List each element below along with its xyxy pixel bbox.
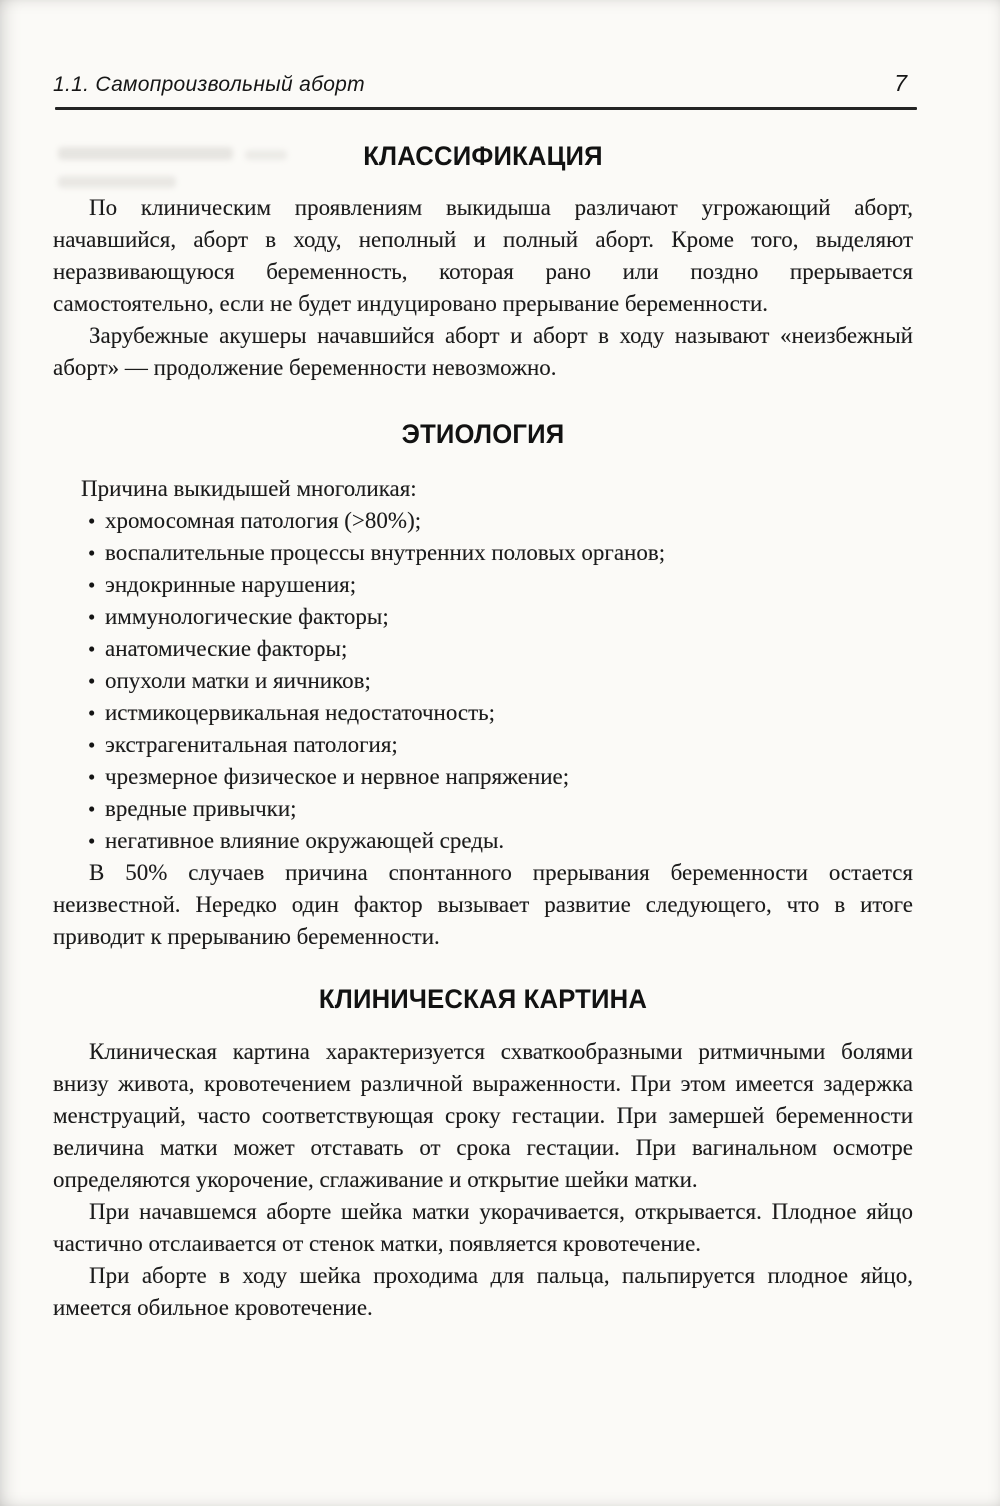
list-item: • анатомические факторы;: [53, 633, 913, 665]
paragraph: Зарубежные акушеры начавшийся аборт и аб…: [53, 320, 913, 384]
etiology-bullet-list: • хромосомная патология (>80%); • воспал…: [53, 505, 913, 857]
bullet-icon: •: [88, 665, 105, 697]
bullet-icon: •: [88, 537, 105, 569]
header-divider: [55, 107, 917, 110]
paragraph: При аборте в ходу шейка проходима для па…: [53, 1260, 913, 1324]
paragraph: При начавшемся аборте шейка матки укорач…: [53, 1196, 913, 1260]
bullet-icon: •: [88, 729, 105, 761]
bullet-icon: •: [88, 697, 105, 729]
paragraph: В 50% случаев причина спонтанного прерыв…: [53, 857, 913, 953]
list-item-text: опухоли матки и яичников;: [105, 665, 371, 697]
section-heading-classification: КЛАССИФИКАЦИЯ: [75, 140, 892, 172]
running-header: 1.1. Самопроизвольный аборт 7: [53, 70, 913, 97]
list-item: • негативное влияние окружающей среды.: [53, 825, 913, 857]
list-item: • экстрагенитальная патология;: [53, 729, 913, 761]
list-item-text: анатомические факторы;: [105, 633, 347, 665]
list-item-text: вредные привычки;: [105, 793, 297, 825]
list-item: • эндокринные нарушения;: [53, 569, 913, 601]
bullet-icon: •: [88, 633, 105, 665]
bullet-icon: •: [88, 825, 105, 857]
page-body: КЛАССИФИКАЦИЯ По клиническим проявлениям…: [53, 140, 913, 1324]
running-header-title: 1.1. Самопроизвольный аборт: [53, 73, 365, 97]
bullet-icon: •: [88, 761, 105, 793]
list-item-text: истмикоцервикальная недостаточность;: [105, 697, 495, 729]
page-number: 7: [894, 70, 913, 97]
list-item: • хромосомная патология (>80%);: [53, 505, 913, 537]
paragraph: По клиническим проявлениям выкидыша разл…: [53, 192, 913, 320]
list-item-text: иммунологические факторы;: [105, 601, 389, 633]
list-item-text: негативное влияние окружающей среды.: [105, 825, 504, 857]
list-item-text: эндокринные нарушения;: [105, 569, 356, 601]
list-item-text: экстрагенитальная патология;: [105, 729, 398, 761]
list-item: • воспалительные процессы внутренних пол…: [53, 537, 913, 569]
bullet-icon: •: [88, 793, 105, 825]
list-item: • иммунологические факторы;: [53, 601, 913, 633]
list-item-text: воспалительные процессы внутренних полов…: [105, 537, 665, 569]
bullet-icon: •: [88, 569, 105, 601]
list-item-text: чрезмерное физическое и нервное напряжен…: [105, 761, 569, 793]
scanned-book-page: 1.1. Самопроизвольный аборт 7 КЛАССИФИКА…: [0, 0, 1000, 1506]
list-intro: Причина выкидышей многоликая:: [53, 473, 913, 505]
list-item-text: хромосомная патология (>80%);: [105, 505, 421, 537]
section-heading-clinical-picture: КЛИНИЧЕСКАЯ КАРТИНА: [75, 983, 892, 1015]
section-heading-etiology: ЭТИОЛОГИЯ: [75, 418, 892, 450]
bullet-icon: •: [88, 601, 105, 633]
list-item: • опухоли матки и яичников;: [53, 665, 913, 697]
bullet-icon: •: [88, 505, 105, 537]
list-item: • истмикоцервикальная недостаточность;: [53, 697, 913, 729]
list-item: • вредные привычки;: [53, 793, 913, 825]
list-item: • чрезмерное физическое и нервное напряж…: [53, 761, 913, 793]
paragraph: Клиническая картина характеризуется схва…: [53, 1036, 913, 1196]
